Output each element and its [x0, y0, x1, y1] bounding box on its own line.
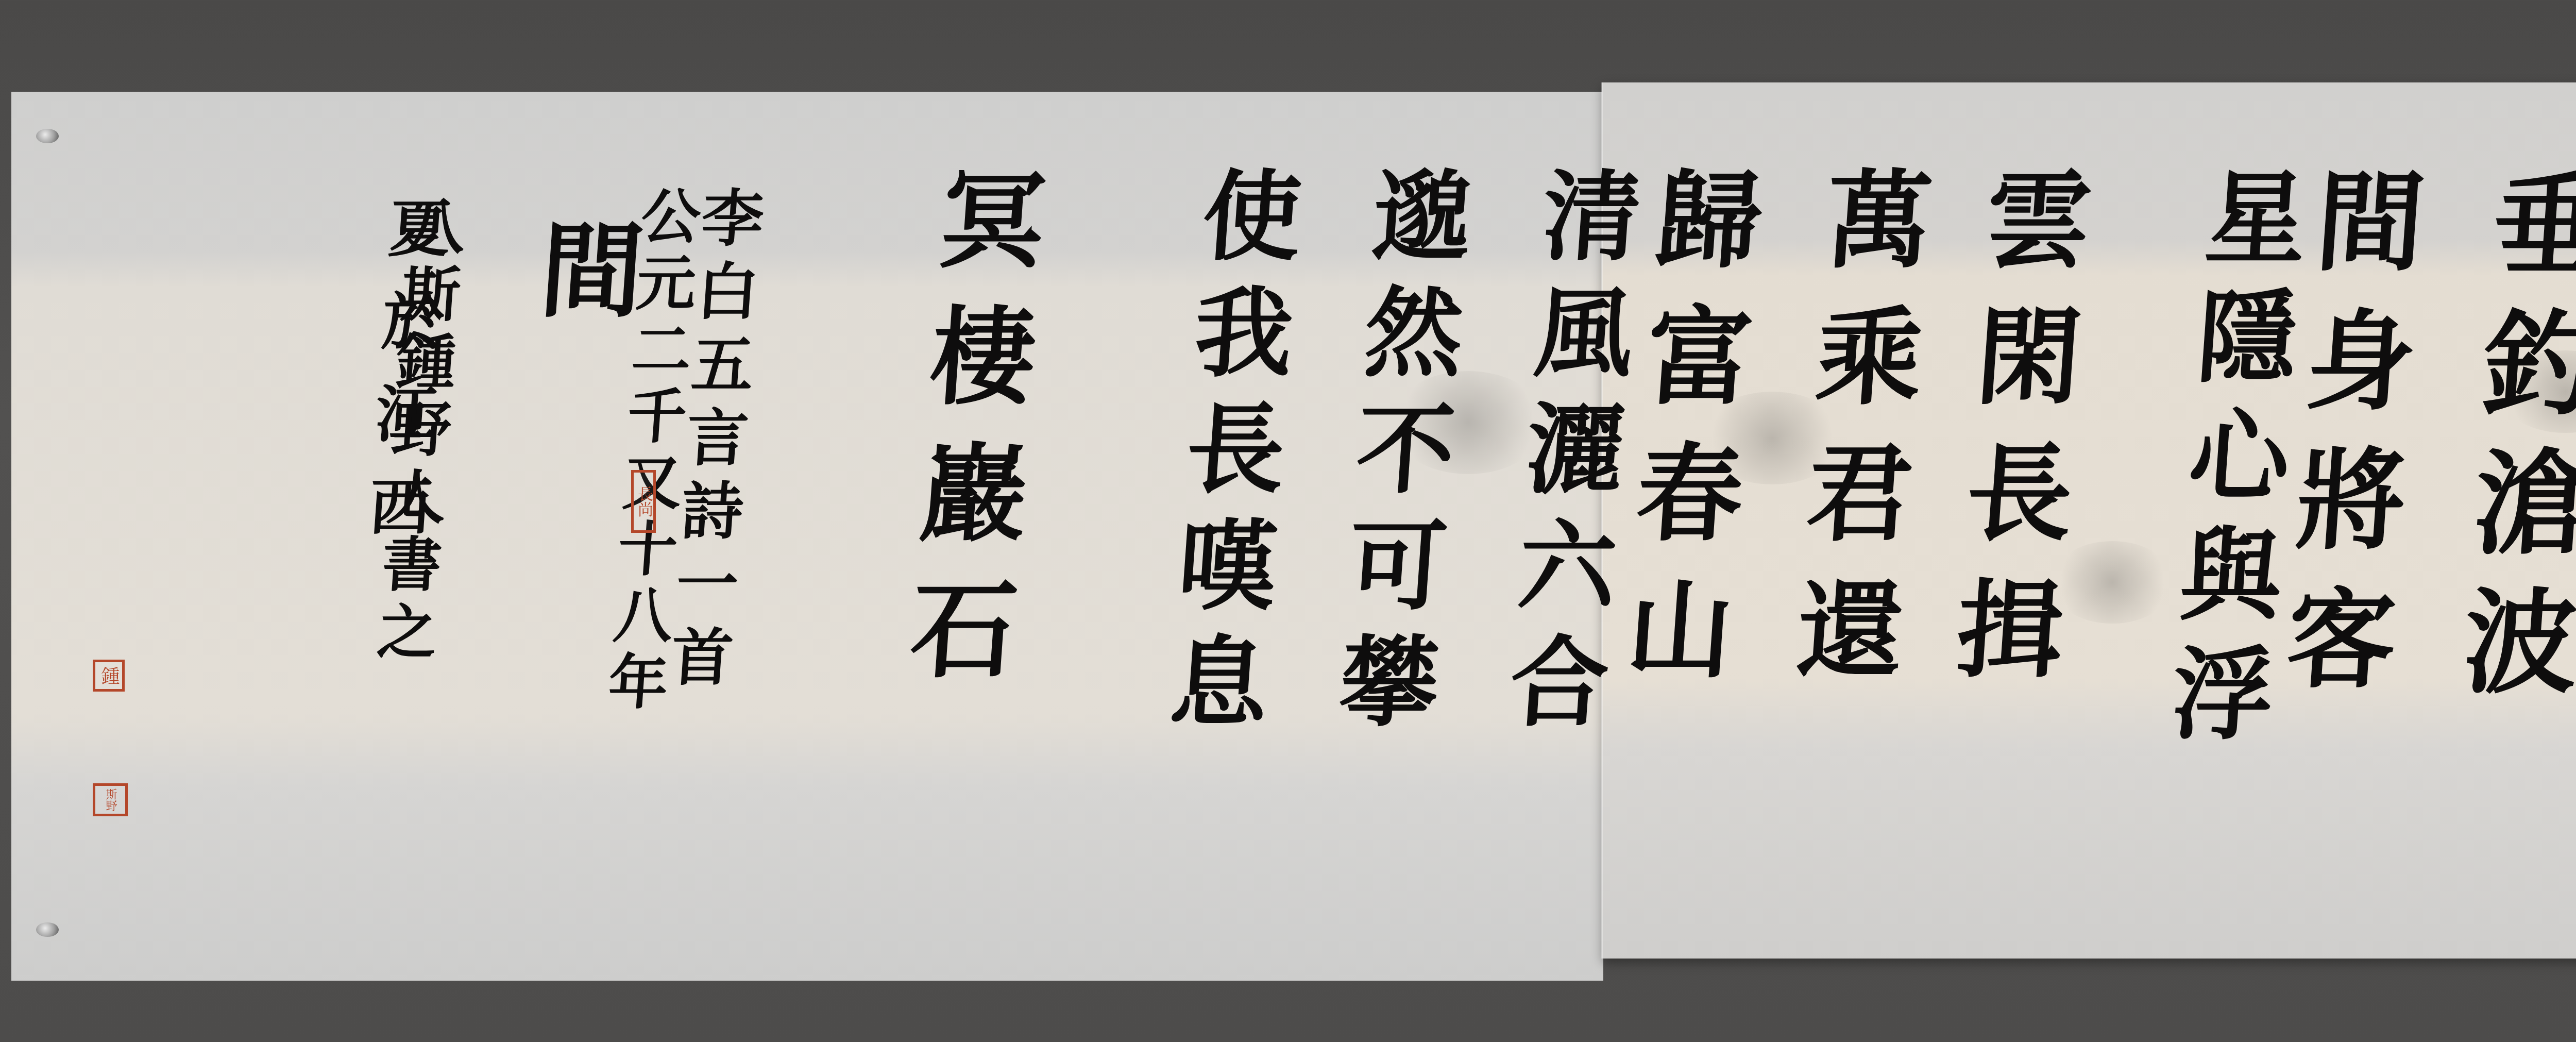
tack-top-left [36, 129, 59, 143]
seal-text: 長尚 [635, 486, 652, 517]
name-seal-lower: 斯野 [93, 783, 128, 816]
inscription-text: 八斯鍾野人書之 [357, 196, 475, 668]
leisure-seal: 長尚 [631, 470, 656, 533]
inscription-column-4: 八斯鍾野人書之 [118, 196, 714, 668]
seal-text: 鍾 [100, 666, 117, 685]
seal-text: 斯野 [101, 788, 119, 811]
name-seal-upper: 鍾 [93, 660, 125, 692]
tack-bottom-left [36, 922, 59, 937]
